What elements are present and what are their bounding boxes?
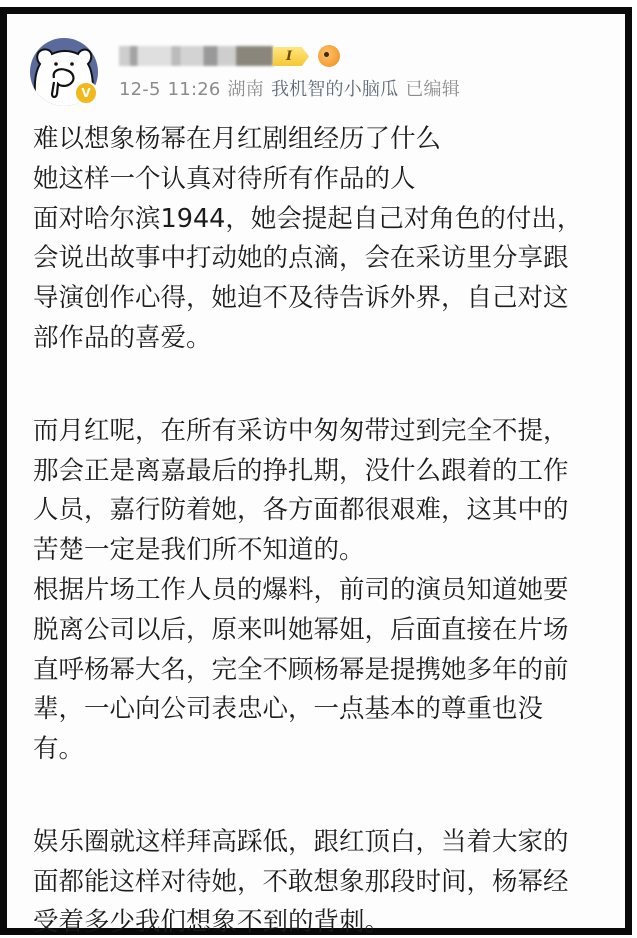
text-line: 导演创作心得，她迫不及待告诉外界，自己对这 [33,279,623,319]
text-line: 部作品的喜爱。 [33,319,623,359]
text-line: 面都能这样对待她，不敢想象那段时间，杨幂经 [33,863,623,903]
text-line: 会说出故事中打动她的点滴，会在采访里分享跟 [33,239,623,279]
pufferfish-icon [318,45,340,67]
text-line: 辈，一心向公司表忠心，一点基本的尊重也没 [33,690,623,730]
screenshot-frame: V I 12-511:26湖南我机智的小脑瓜已编辑 难以想象杨幂在月红剧组经历了… [0,7,632,935]
text-line: 根据片场工作人员的爆料，前司的演员知道她要 [33,571,623,611]
post-date: 12-5 [119,79,161,100]
text-line: 受着多少我们想象不到的背刺。 [33,903,623,938]
post-location: 湖南 [228,79,264,100]
edited-label: 已编辑 [405,79,460,100]
text-line: 难以想象杨幂在月红剧组经历了什么 [33,120,623,160]
text-line: 那会正是离嘉最后的挣扎期，没什么跟着的工作 [33,452,623,492]
text-line: 她这样一个认真对待所有作品的人 [33,160,623,200]
text-line: 苦楚一定是我们所不知道的。 [33,531,623,571]
text-line: 直呼杨幂大名，完全不顾杨幂是提携她多年的前 [33,651,623,691]
text-line: 面对哈尔滨1944，她会提起自己对角色的付出， [33,200,623,240]
paragraph: 而月红呢，在所有采访中匆匆带过到完全不提， 那会正是离嘉最后的挣扎期，没什么跟着… [33,412,623,770]
paragraph: 难以想象杨幂在月红剧组经历了什么 她这样一个认真对待所有作品的人 面对哈尔滨19… [33,120,623,359]
text-line: 人员，嘉行防着她，各方面都很艰难，这其中的 [33,491,623,531]
post-source[interactable]: 我机智的小脑瓜 [271,79,398,100]
text-line: 脱离公司以后，原来叫她幂姐，后面直接在片场 [33,611,623,651]
text-line: 娱乐圈就这样拜高踩低，跟红顶白，当着大家的 [33,823,623,863]
paragraph-gap [33,359,623,412]
post-time: 11:26 [168,79,221,100]
username-obscured[interactable] [119,46,273,66]
post-body: 难以想象杨幂在月红剧组经历了什么 她这样一个认真对待所有作品的人 面对哈尔滨19… [33,120,623,938]
post-meta: 12-511:26湖南我机智的小脑瓜已编辑 [119,78,467,102]
text-line: 而月红呢，在所有采访中匆匆带过到完全不提， [33,412,623,452]
paragraph-gap [33,770,623,823]
verified-badge: V [74,81,98,105]
paragraph: 娱乐圈就这样拜高踩低，跟红顶白，当着大家的 面都能这样对待她，不敢想象那段时间，… [33,823,623,938]
text-line: 有。 [33,730,623,770]
user-level-badge[interactable]: I [273,47,309,66]
